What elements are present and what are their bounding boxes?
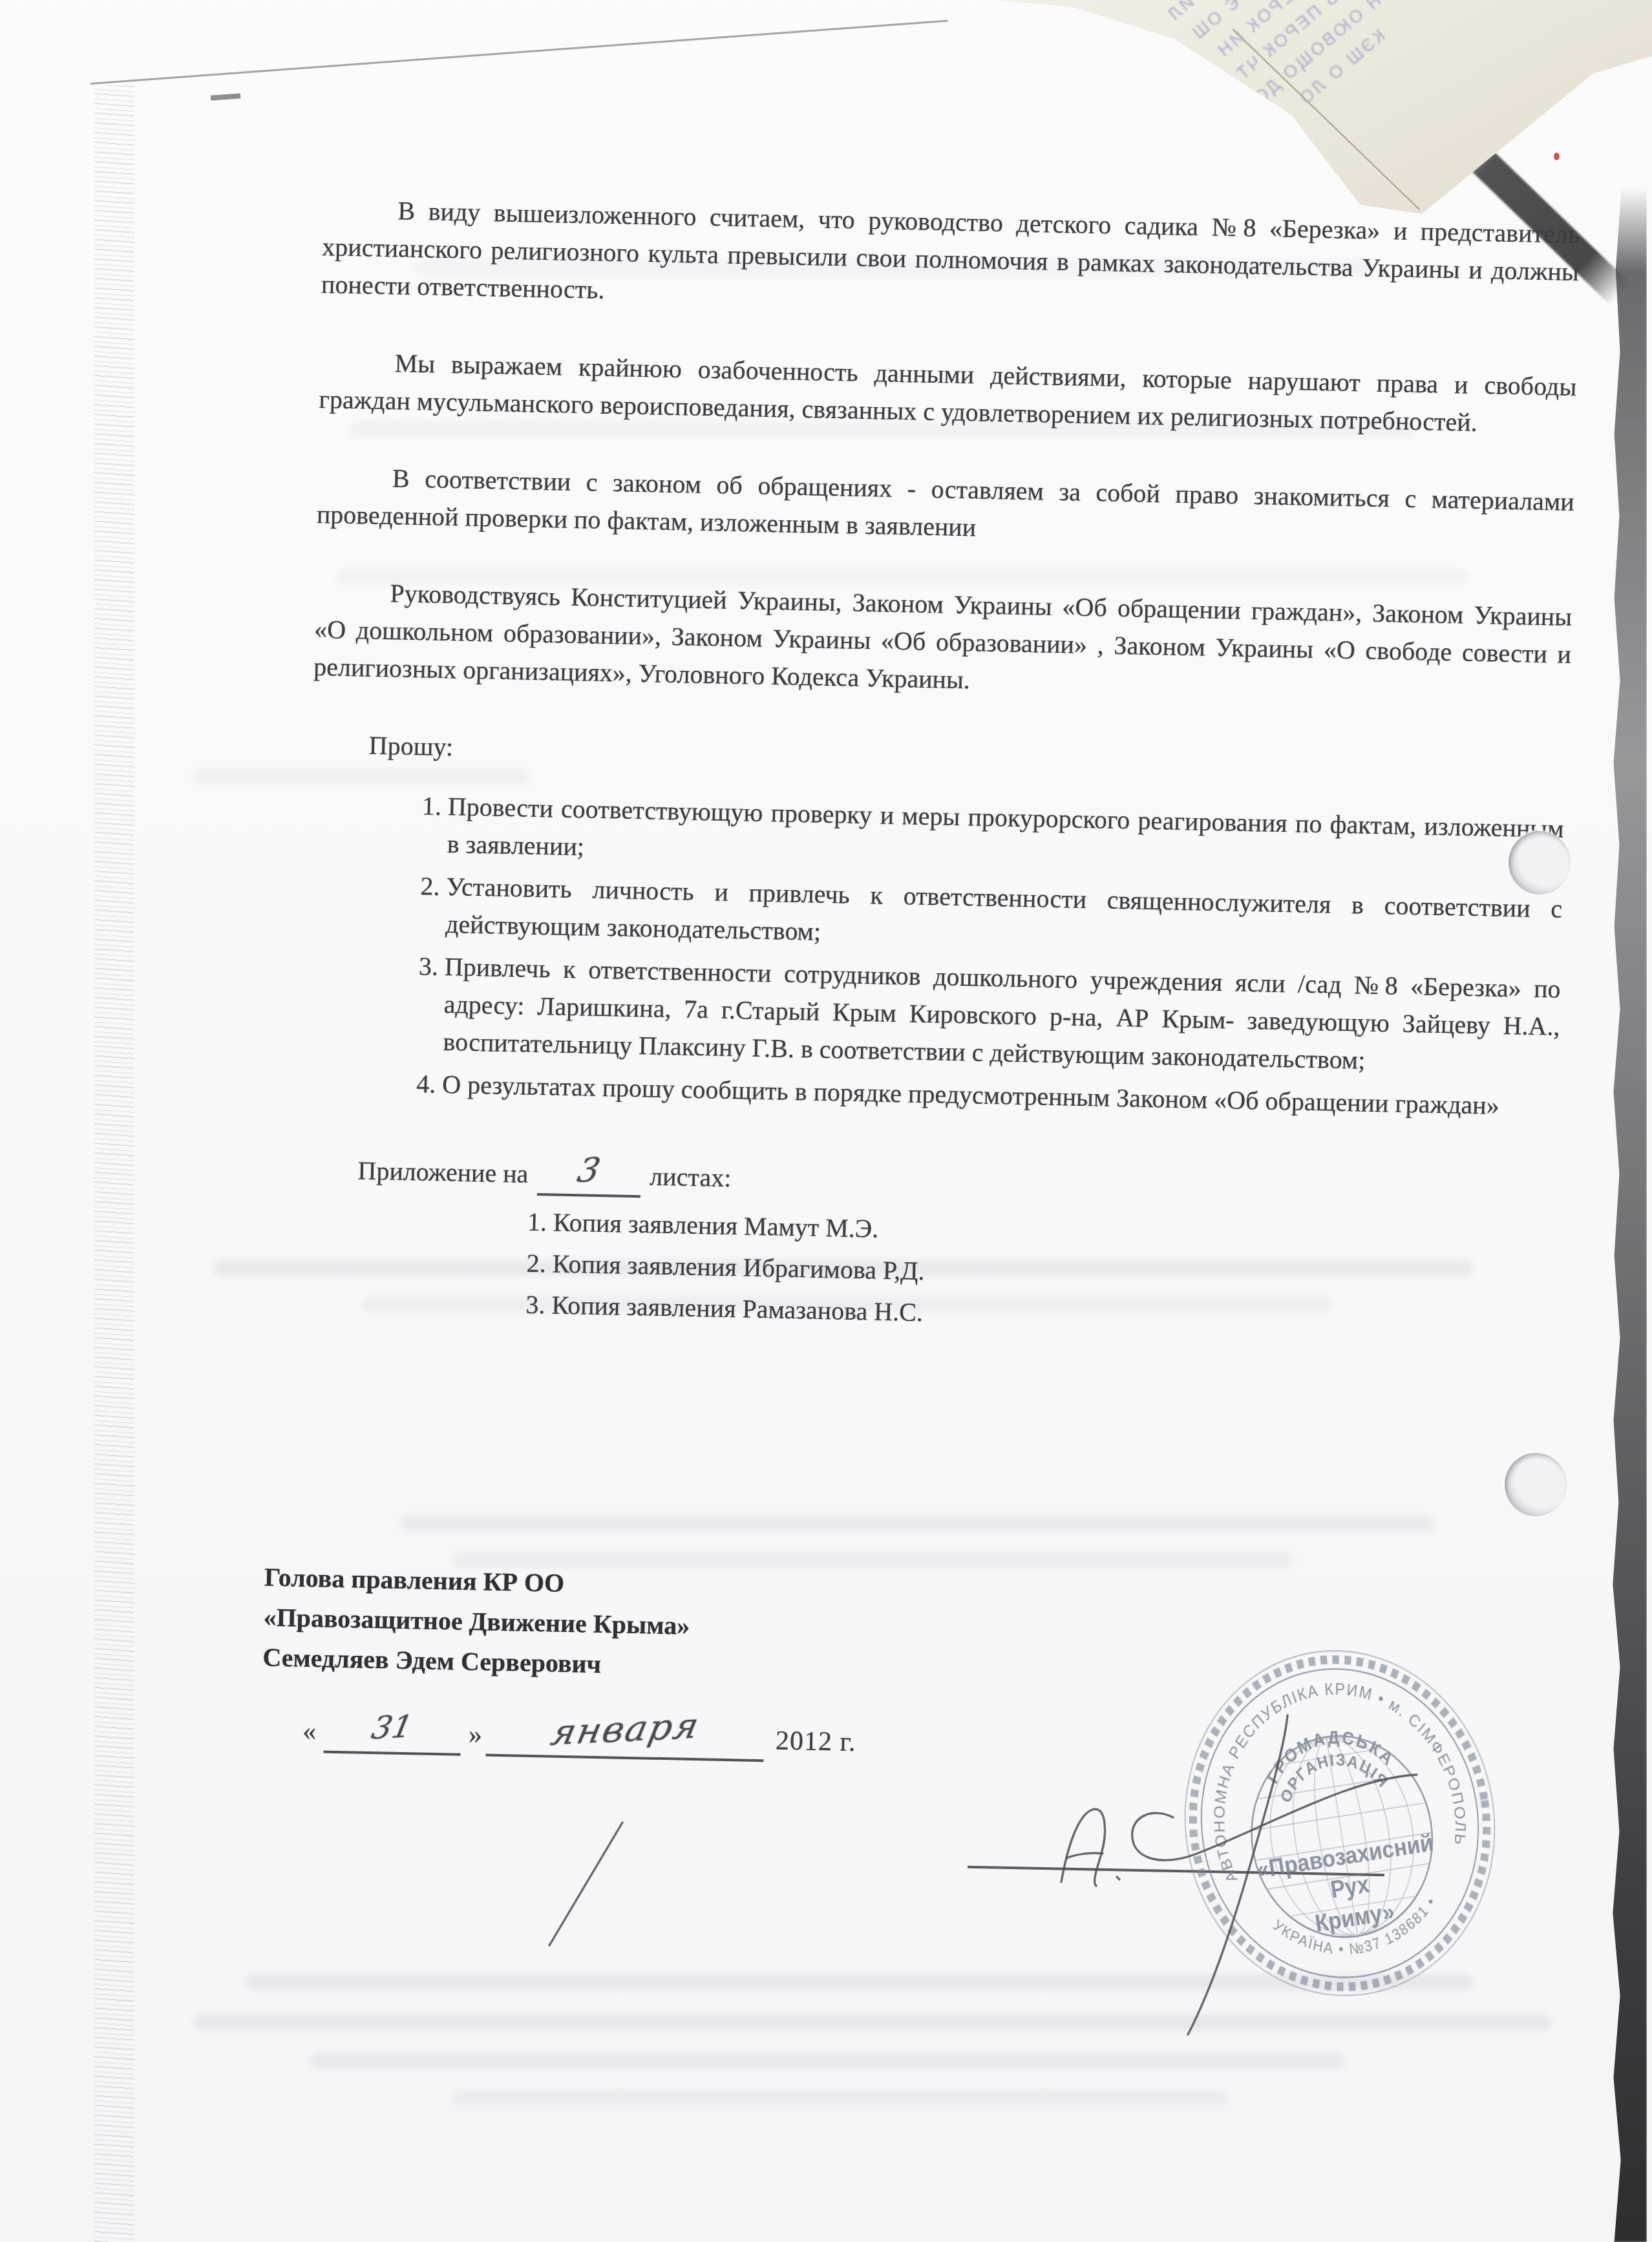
year-label: 2012 г. [776,1726,856,1757]
quote-open: « [302,1717,317,1746]
paragraph-law-reference: В соответствии с законом об обращениях -… [316,458,1574,558]
paragraph-conclusion: В виду вышеизложенного считаем, что руко… [321,191,1580,328]
signature-dot [1117,1877,1119,1879]
page-edge-line [90,20,948,85]
month-blank: января [485,1713,764,1762]
request-item: Установить личность и привлечь к ответст… [445,868,1567,966]
request-item-text: Провести соответствующую проверку и меры… [447,792,1564,861]
request-label: Прошу: [368,727,1569,788]
day-blank: 31 [323,1711,461,1756]
attachment-count-blank: 3 [537,1153,641,1198]
document-body: В виду вышеизложенного считаем, что руко… [291,191,1580,1778]
seal-center-line2: Рух [1329,1870,1371,1903]
bleedthrough-mark [452,2090,1228,2106]
handwritten-month: января [547,1707,703,1751]
request-item: Привлечь к ответственности сотрудников д… [443,948,1565,1083]
attachment-list: Копия заявления Мамут М.Э. Копия заявлен… [509,1203,1560,1344]
request-list: Провести соответствующую проверку и меры… [401,787,1568,1126]
signature-letter-a [1061,1809,1105,1886]
handwritten-count: 3 [575,1151,604,1189]
request-item-text: Привлечь к ответственности сотрудников д… [443,952,1561,1075]
attachment-prefix: Приложение на [357,1156,529,1188]
paragraph-concern: Мы выражаем крайнюю озабоченность данным… [319,343,1577,443]
paragraph-legal-basis: Руководствуясь Конституцией Украины, Зак… [313,573,1573,711]
handwritten-day: 31 [368,1708,416,1747]
scan-mark [211,93,240,100]
signature-letter-a-bar [1066,1853,1103,1858]
attachment-item-text: Копия заявления Ибрагимова Р,Д. [552,1249,925,1285]
request-item: Провести соответствующую проверку и меры… [447,788,1568,885]
scan-noise-strip [94,85,134,2242]
request-item-text: Установить личность и привлечь к ответст… [445,872,1563,946]
folded-page-corner: ЄВООЬЄЗООВР ИЛ НРОН ВЛУ ТЄ ОШ ЛИСТ ГЕРОК… [969,0,1652,230]
scan-edge-band [1611,187,1647,2242]
bleedthrough-mark [310,2053,1344,2069]
org-seal-stamp: АВТОНОМНА РЕСПУБЛІКА КРИМ • м. СІМФЕРОПО… [1154,1622,1525,2025]
punch-hole [1509,831,1571,894]
quote-close: » [469,1720,483,1750]
punch-hole [1505,1453,1567,1516]
bleedthrough-mark [194,2015,1551,2030]
ink-speck [1554,153,1560,160]
attachment-item-text: Копия заявления Рамазанова Н.С. [551,1290,923,1327]
attachment-item-text: Копия заявления Мамут М.Э. [553,1207,879,1243]
date-slash-stroke [549,1823,622,1945]
attachment-suffix: листах: [650,1161,732,1192]
scanned-document-page: В виду вышеизложенного считаем, что руко… [0,0,1652,2242]
